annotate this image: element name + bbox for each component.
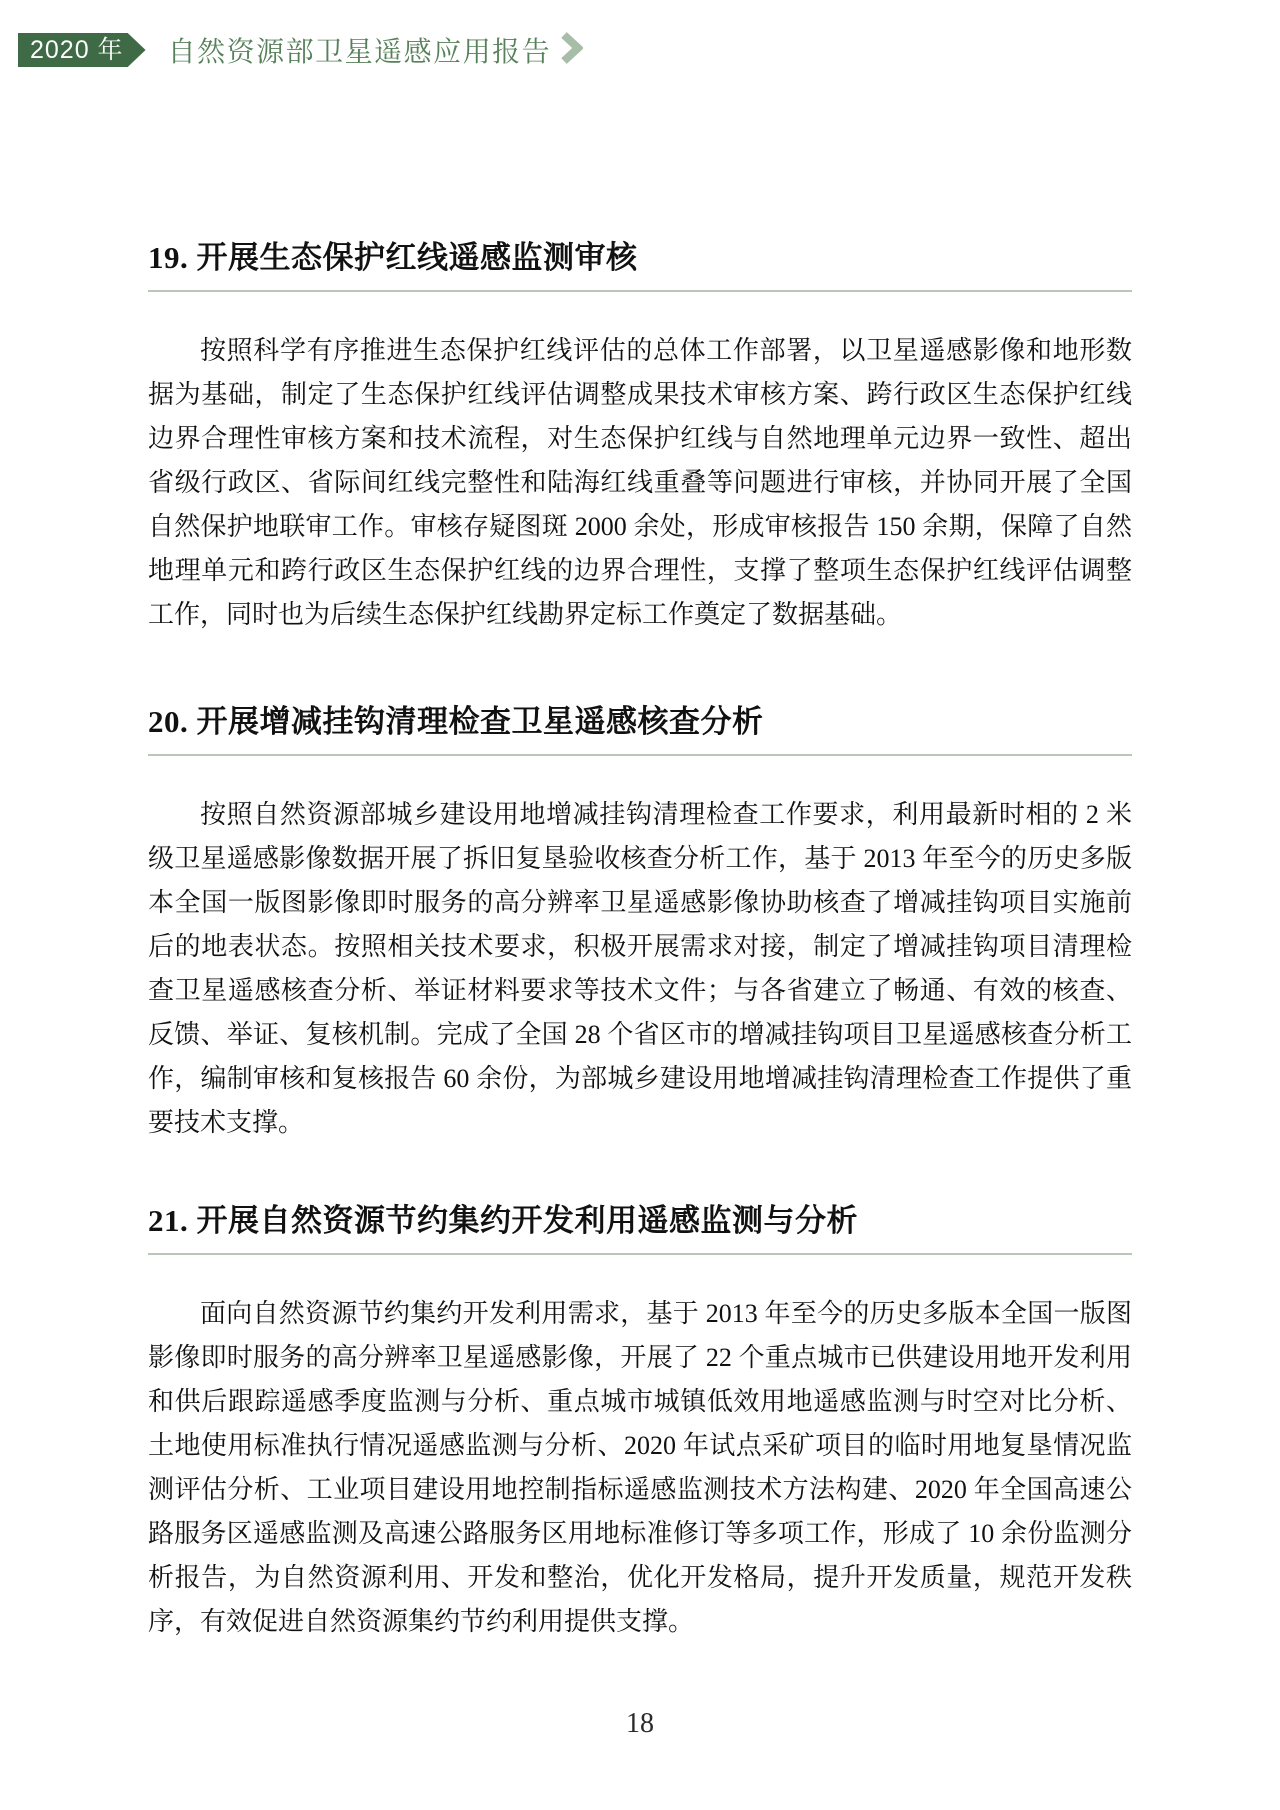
document-content: 19. 开展生态保护红线遥感监测审核 按照科学有序推进生态保护红线评估的总体工作… [0,0,1280,1644]
section-21-heading: 21. 开展自然资源节约集约开发利用遥感监测与分析 [148,1204,1132,1255]
section-20-body: 按照自然资源部城乡建设用地增减挂钩清理检查工作要求，利用最新时相的 2 米级卫星… [148,793,1132,1145]
report-page: 2020 年 自然资源部卫星遥感应用报告 19. 开展生态保护红线遥感监测审核 … [0,0,1280,1810]
page-number: 18 [0,1708,1280,1740]
section-19-body: 按照科学有序推进生态保护红线评估的总体工作部署，以卫星遥感影像和地形数据为基础，… [148,329,1132,637]
section-19-heading: 19. 开展生态保护红线遥感监测审核 [148,241,1132,292]
section-21-body: 面向自然资源节约集约开发利用需求，基于 2013 年至今的历史多版本全国一版图影… [148,1292,1132,1644]
section-20-heading: 20. 开展增减挂钩清理检查卫星遥感核查分析 [148,705,1132,756]
